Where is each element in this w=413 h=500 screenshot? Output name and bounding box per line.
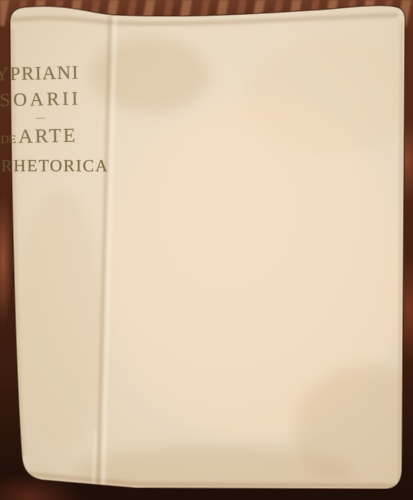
photo-backdrop: YPRIANI SOARII — DEARTE RHETORICA: [0, 0, 413, 500]
spine-divider-rule: —: [36, 111, 122, 123]
spine-title-block: YPRIANI SOARII — DEARTE RHETORICA: [0, 60, 123, 180]
spine-title-line1: YPRIANI: [0, 60, 121, 89]
spine-title-line3-main: ARTE: [18, 125, 77, 148]
spine-title-line2: SOARII: [0, 86, 122, 114]
spine-title-line3-small: DE: [0, 132, 16, 146]
spine-title-line3: DEARTE: [0, 121, 123, 154]
spine-title-line4: RHETORICA: [1, 153, 123, 179]
